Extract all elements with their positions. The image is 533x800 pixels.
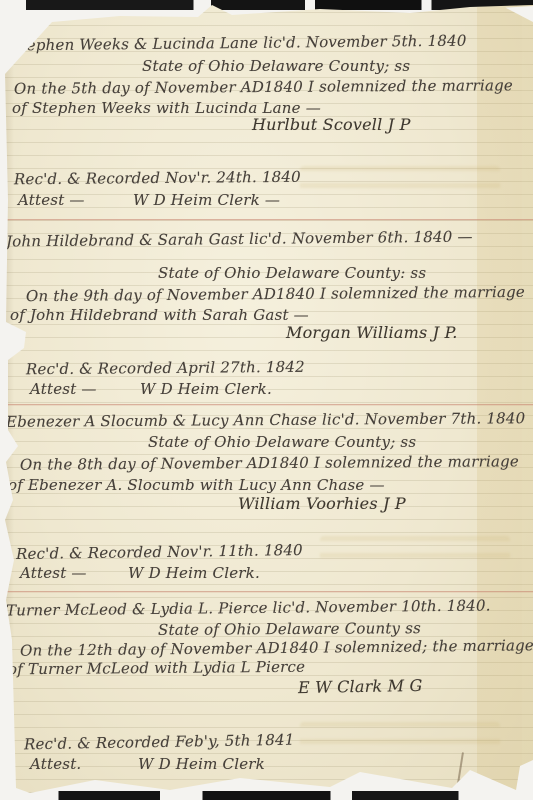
clerk-signature: W D Heim Clerk.	[128, 564, 260, 582]
entry-title-line: Ebenezer A Slocumb & Lucy Ann Chase lic'…	[6, 409, 525, 431]
attest-label: Attest.	[30, 755, 81, 773]
entry-state-line: State of Ohio Delaware County ss	[158, 619, 421, 639]
recorded-line: Rec'd. & Recorded Feb'y, 5th 1841	[24, 731, 295, 754]
officiant-signature: Hurlbut Scovell J P	[252, 115, 411, 134]
entry-state-line: State of Ohio Delaware County; ss	[148, 433, 416, 451]
scanned-ledger-page: 16 Stephen Weeks & Lucinda Lane lic'd. N…	[0, 0, 533, 800]
entry-divider-rule	[4, 219, 533, 220]
entry-solemnized-line: On the 9th day of November AD1840 I sole…	[26, 283, 525, 305]
entry-couple-line: of John Hildebrand with Sarah Gast —	[10, 306, 309, 324]
entry-solemnized-line: On the 8th day of November AD1840 I sole…	[20, 452, 519, 473]
entry-title-line: Stephen Weeks & Lucinda Lane lic'd. Nove…	[10, 32, 467, 55]
officiant-signature: E W Clark M G	[298, 676, 423, 697]
entry-title-line: Turner McLeod & Lydia L. Pierce lic'd. N…	[6, 596, 491, 619]
officiant-signature: Morgan Williams J P.	[286, 323, 458, 342]
recorded-line: Rec'd. & Recorded Nov'r. 11th. 1840	[16, 541, 303, 563]
clerk-signature: W D Heim Clerk.	[140, 380, 272, 398]
entry-state-line: State of Ohio Delaware County: ss	[158, 264, 426, 282]
entry-solemnized-line: On the 12th day of November AD1840 I sol…	[20, 636, 533, 659]
recorded-line: Rec'd. & Recorded Nov'r. 24th. 1840	[14, 168, 301, 189]
clerk-signature: W D Heim Clerk —	[133, 191, 280, 209]
entry-couple-line: of Turner McLeod with Lydia L Pierce	[8, 658, 305, 679]
recorded-line: Rec'd. & Recorded April 27th. 1842	[26, 358, 305, 378]
bleed-through-mark	[320, 536, 510, 570]
officiant-signature: William Voorhies J P	[238, 494, 406, 513]
attest-label: Attest —	[30, 380, 97, 398]
entry-divider-rule	[4, 591, 533, 592]
bleed-through-mark	[300, 722, 500, 756]
entry-title-line: John Hildebrand & Sarah Gast lic'd. Nove…	[6, 228, 473, 251]
entry-state-line: State of Ohio Delaware County; ss	[142, 57, 410, 75]
ledger-page: 16 Stephen Weeks & Lucinda Lane lic'd. N…	[0, 0, 533, 800]
book-edge-bottom	[0, 791, 533, 800]
paper-tear-crack	[456, 752, 464, 790]
entry-solemnized-line: On the 5th day of November AD1840 I sole…	[14, 76, 513, 97]
entry-divider-rule	[4, 404, 533, 405]
entry-couple-line: of Ebenezer A. Slocumb with Lucy Ann Cha…	[8, 476, 385, 494]
clerk-signature: W D Heim Clerk	[138, 755, 265, 773]
attest-label: Attest —	[20, 564, 87, 582]
bleed-through-mark	[300, 166, 500, 200]
attest-label: Attest —	[18, 191, 85, 209]
